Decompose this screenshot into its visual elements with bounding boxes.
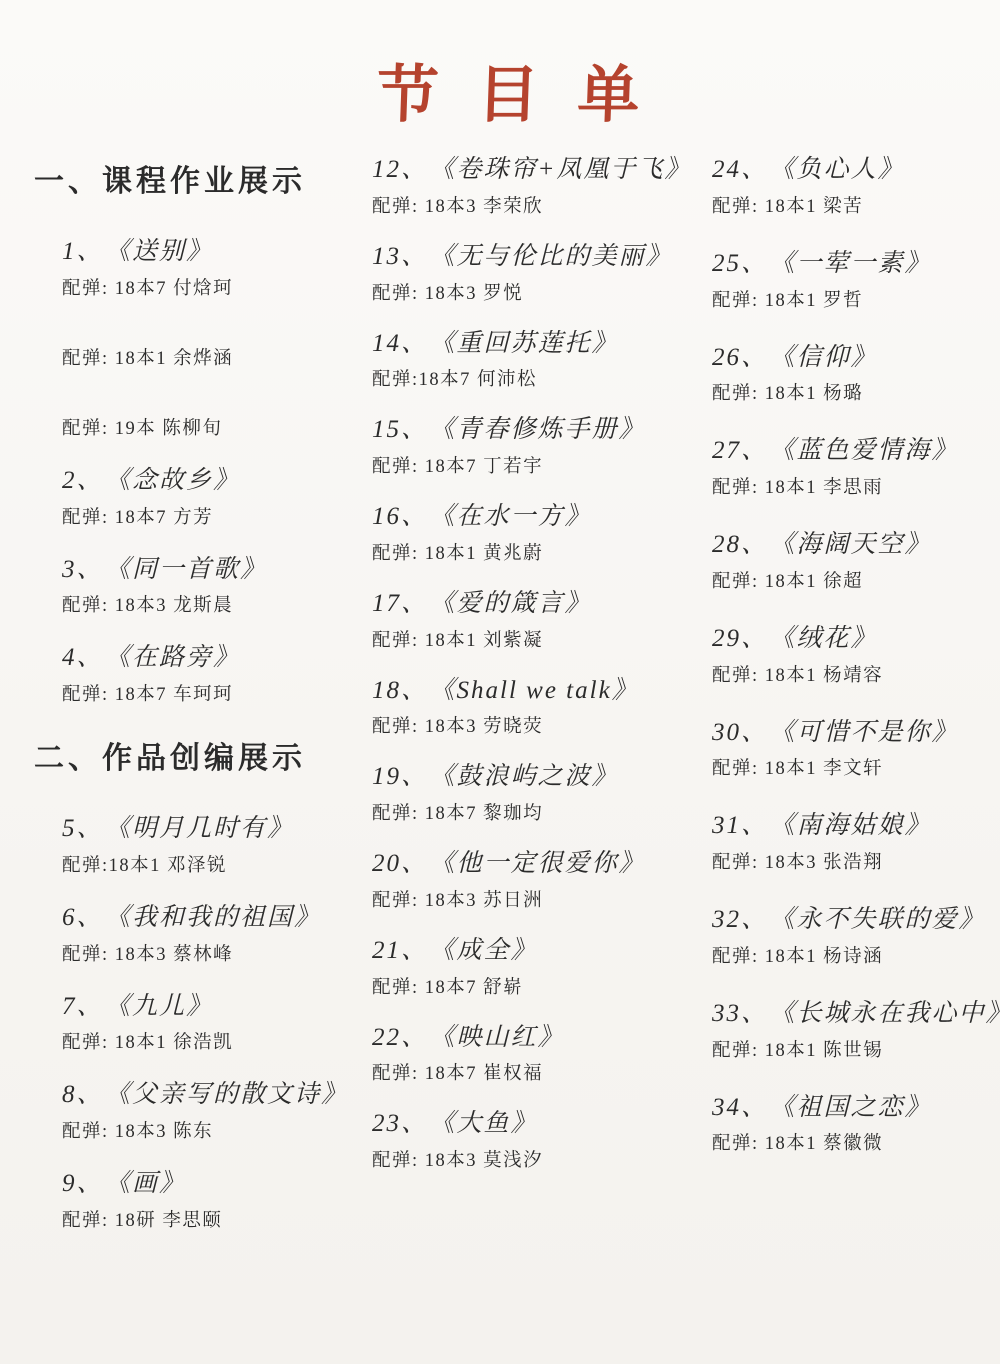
program-item-name: 《青春修炼手册》 (442, 416, 646, 443)
program-item-title-row: 22、《映山红》 (372, 1024, 700, 1053)
program-item-title-row: 13、《无与伦比的美丽》 (372, 243, 700, 272)
program-item: 19、《鼓浪屿之波》配弹: 18本7 黎珈均 (372, 763, 700, 825)
program-column-3: 24、《负心人》配弹: 18本1 梁苦25、《一荤一素》配弹: 18本1 罗哲2… (700, 156, 982, 1187)
program-item-number: 14、 (372, 330, 428, 357)
program-item-number: 7、 (62, 993, 104, 1020)
program-item-name: 《在水一方》 (442, 503, 592, 530)
program-item-title-row: 12、《卷珠帘+凤凰于飞》 (372, 156, 700, 185)
program-item-title-row: 15、《青春修炼手册》 (372, 416, 700, 445)
program-item-title-row: 24、《负心人》 (712, 156, 982, 185)
accompanist-line: 配弹: 18本7 崔权福 (372, 1059, 700, 1085)
program-item-title-row: 21、《成全》 (372, 937, 700, 966)
accompanist-line: 配弹: 18本1 梁苦 (712, 192, 982, 218)
program-item-title-row: 2、《念故乡》 (62, 467, 366, 496)
program-item: 22、《映山红》配弹: 18本7 崔权福 (372, 1024, 700, 1086)
program-item-number: 4、 (62, 644, 104, 671)
program-item-number: 22、 (372, 1024, 428, 1051)
program-column-1: 一、课程作业展示1、《送别》配弹: 18本7 付焓珂配弹: 18本1 余烨涵配弹… (34, 156, 366, 1259)
accompanist-line: 配弹: 18本7 舒崭 (372, 973, 700, 999)
program-columns: 一、课程作业展示1、《送别》配弹: 18本7 付焓珂配弹: 18本1 余烨涵配弹… (34, 156, 982, 1259)
program-item-title-row: 7、《九儿》 (62, 993, 366, 1022)
program-item: 8、《父亲写的散文诗》配弹: 18本3 陈东 (62, 1081, 366, 1143)
program-item-number: 1、 (62, 238, 104, 265)
program-item-number: 6、 (62, 904, 104, 931)
accompanist-line: 配弹: 18本3 蔡林峰 (62, 940, 366, 966)
program-item-number: 24、 (712, 156, 768, 183)
program-item-title-row: 16、《在水一方》 (372, 503, 700, 532)
program-item-title-row: 28、《海阔天空》 (712, 531, 982, 560)
accompanist-line: 配弹:18本1 邓泽锐 (62, 851, 366, 877)
accompanist-line: 配弹: 18本3 劳晓荧 (372, 712, 700, 738)
program-item-number: 33、 (712, 1000, 768, 1027)
program-item: 5、《明月几时有》配弹:18本1 邓泽锐 (62, 815, 366, 877)
program-item-title-row: 23、《大鱼》 (372, 1110, 700, 1139)
program-item-name: 《一荤一素》 (782, 250, 932, 277)
program-item-number: 18、 (372, 677, 428, 704)
program-item-name: 《爱的箴言》 (442, 590, 592, 617)
program-item-title-row: 14、《重回苏莲托》 (372, 330, 700, 359)
program-item-number: 23、 (372, 1110, 428, 1137)
program-item-name: 《长城永在我心中》 (782, 1000, 1000, 1027)
program-page: 节目单 一、课程作业展示1、《送别》配弹: 18本7 付焓珂配弹: 18本1 余… (0, 0, 1000, 1364)
program-item-title-row: 34、《祖国之恋》 (712, 1094, 982, 1123)
program-item: 25、《一荤一素》配弹: 18本1 罗哲 (712, 250, 982, 312)
program-item-title-row: 9、《画》 (62, 1170, 366, 1199)
program-item: 15、《青春修炼手册》配弹: 18本7 丁若宇 (372, 416, 700, 478)
program-item: 29、《绒花》配弹: 18本1 杨靖容 (712, 625, 982, 687)
program-item-name: 《蓝色爱情海》 (782, 437, 959, 464)
accompanist-line: 配弹: 18本1 杨璐 (712, 379, 982, 405)
program-item-number: 34、 (712, 1094, 768, 1121)
program-item: 23、《大鱼》配弹: 18本3 莫浅汐 (372, 1110, 700, 1172)
program-item-name: 《同一首歌》 (118, 556, 268, 583)
program-item-title-row: 31、《南海姑娘》 (712, 812, 982, 841)
program-item-title-row: 6、《我和我的祖国》 (62, 904, 366, 933)
accompanist-line: 配弹: 19本 陈柳旬 (62, 414, 366, 440)
program-item: 21、《成全》配弹: 18本7 舒崭 (372, 937, 700, 999)
program-item-name: 《祖国之恋》 (782, 1094, 932, 1121)
program-item-number: 21、 (372, 937, 428, 964)
program-item-name: 《送别》 (118, 238, 214, 265)
program-item-title-row: 25、《一荤一素》 (712, 250, 982, 279)
accompanist-line: 配弹: 18本1 罗哲 (712, 286, 982, 312)
program-item-name: 《我和我的祖国》 (118, 904, 322, 931)
program-item: 12、《卷珠帘+凤凰于飞》配弹: 18本3 李荣欣 (372, 156, 700, 218)
program-item-name: 《永不失联的爱》 (782, 906, 986, 933)
accompanist-line: 配弹: 18本1 杨靖容 (712, 661, 982, 687)
section-heading: 二、作品创编展示 (34, 733, 366, 777)
program-item-title-row: 18、《Shall we talk》 (372, 677, 700, 706)
program-item-name: 《卷珠帘+凤凰于飞》 (442, 156, 691, 183)
program-item: 14、《重回苏莲托》配弹:18本7 何沛松 (372, 330, 700, 392)
program-item-name: 《绒花》 (782, 625, 878, 652)
accompanist-line: 配弹: 18本1 刘紫凝 (372, 626, 700, 652)
accompanist-line: 配弹: 18本3 李荣欣 (372, 192, 700, 218)
program-item: 28、《海阔天空》配弹: 18本1 徐超 (712, 531, 982, 593)
program-item: 17、《爱的箴言》配弹: 18本1 刘紫凝 (372, 590, 700, 652)
program-item-number: 29、 (712, 625, 768, 652)
accompanist-line: 配弹: 18本3 张浩翔 (712, 848, 982, 874)
accompanist-line: 配弹:18本7 何沛松 (372, 365, 700, 391)
program-item-name: 《明月几时有》 (118, 815, 295, 842)
program-item-number: 16、 (372, 503, 428, 530)
program-item-title-row: 17、《爱的箴言》 (372, 590, 700, 619)
program-item-title-row: 29、《绒花》 (712, 625, 982, 654)
program-item-name: 《海阔天空》 (782, 531, 932, 558)
program-item-title-row: 3、《同一首歌》 (62, 556, 366, 585)
program-item-name: 《画》 (118, 1170, 187, 1197)
program-item-title-row: 32、《永不失联的爱》 (712, 906, 982, 935)
program-item: 4、《在路旁》配弹: 18本7 车珂珂 (62, 644, 366, 706)
program-item-number: 27、 (712, 437, 768, 464)
program-item-title-row: 20、《他一定很爱你》 (372, 850, 700, 879)
program-item-name: 《成全》 (442, 937, 538, 964)
accompanist-line: 配弹: 18本1 李文轩 (712, 754, 982, 780)
program-item-number: 15、 (372, 416, 428, 443)
program-item-title-row: 19、《鼓浪屿之波》 (372, 763, 700, 792)
program-item-number: 13、 (372, 243, 428, 270)
program-item-name: 《Shall we talk》 (442, 677, 639, 704)
program-item-number: 25、 (712, 250, 768, 277)
program-item-name: 《南海姑娘》 (782, 812, 932, 839)
program-item-title-row: 27、《蓝色爱情海》 (712, 437, 982, 466)
program-item-number: 32、 (712, 906, 768, 933)
accompanist-line: 配弹: 18本7 付焓珂 (62, 274, 366, 300)
accompanist-line: 配弹: 18本1 徐超 (712, 567, 982, 593)
program-item: 9、《画》配弹: 18研 李思颐 (62, 1170, 366, 1232)
program-item: 20、《他一定很爱你》配弹: 18本3 苏日洲 (372, 850, 700, 912)
program-item: 32、《永不失联的爱》配弹: 18本1 杨诗涵 (712, 906, 982, 968)
program-item-title-row: 1、《送别》 (62, 238, 366, 267)
program-item-name: 《在路旁》 (118, 644, 241, 671)
program-item-title-row: 33、《长城永在我心中》 (712, 1000, 982, 1029)
program-item-name: 《负心人》 (782, 156, 905, 183)
accompanist-line: 配弹: 18本1 黄兆蔚 (372, 539, 700, 565)
accompanist-line: 配弹: 18本7 丁若宇 (372, 452, 700, 478)
program-item: 13、《无与伦比的美丽》配弹: 18本3 罗悦 (372, 243, 700, 305)
program-item-number: 17、 (372, 590, 428, 617)
accompanist-line: 配弹: 18本3 苏日洲 (372, 886, 700, 912)
accompanist-line: 配弹: 18本1 余烨涵 (62, 344, 366, 370)
accompanist-line: 配弹: 18本1 蔡徽微 (712, 1129, 982, 1155)
accompanist-line: 配弹: 18本3 龙斯晨 (62, 591, 366, 617)
section-heading: 一、课程作业展示 (34, 156, 366, 200)
program-item-title-row: 4、《在路旁》 (62, 644, 366, 673)
program-item-name: 《大鱼》 (442, 1110, 538, 1137)
program-item-number: 8、 (62, 1081, 104, 1108)
program-item-number: 30、 (712, 719, 768, 746)
accompanist-line: 配弹: 18本7 黎珈均 (372, 799, 700, 825)
program-item: 16、《在水一方》配弹: 18本1 黄兆蔚 (372, 503, 700, 565)
program-item-name: 《映山红》 (442, 1024, 565, 1051)
program-item-title-row: 5、《明月几时有》 (62, 815, 366, 844)
program-item: 7、《九儿》配弹: 18本1 徐浩凯 (62, 993, 366, 1055)
program-item-number: 26、 (712, 344, 768, 371)
program-item-number: 31、 (712, 812, 768, 839)
program-item-name: 《鼓浪屿之波》 (442, 763, 619, 790)
program-item-number: 28、 (712, 531, 768, 558)
program-item-number: 2、 (62, 467, 104, 494)
program-item: 33、《长城永在我心中》配弹: 18本1 陈世锡 (712, 1000, 982, 1062)
program-item-number: 19、 (372, 763, 428, 790)
page-title: 节目单 (33, 62, 983, 130)
program-item: 2、《念故乡》配弹: 18本7 方芳 (62, 467, 366, 529)
program-item-name: 《可惜不是你》 (782, 719, 959, 746)
accompanist-line: 配弹: 18本7 车珂珂 (62, 680, 366, 706)
accompanist-line: 配弹: 18本3 罗悦 (372, 279, 700, 305)
program-item: 34、《祖国之恋》配弹: 18本1 蔡徽微 (712, 1094, 982, 1156)
accompanist-line: 配弹: 18本3 莫浅汐 (372, 1146, 700, 1172)
accompanist-line: 配弹: 18本1 李思雨 (712, 473, 982, 499)
accompanist-line: 配弹: 18研 李思颐 (62, 1206, 366, 1232)
program-item-name: 《九儿》 (118, 993, 214, 1020)
program-item-title-row: 30、《可惜不是你》 (712, 719, 982, 748)
program-item-title-row: 8、《父亲写的散文诗》 (62, 1081, 366, 1110)
program-item: 27、《蓝色爱情海》配弹: 18本1 李思雨 (712, 437, 982, 499)
program-item: 6、《我和我的祖国》配弹: 18本3 蔡林峰 (62, 904, 366, 966)
program-item-name: 《重回苏莲托》 (442, 330, 619, 357)
program-item-number: 3、 (62, 556, 104, 583)
program-item: 24、《负心人》配弹: 18本1 梁苦 (712, 156, 982, 218)
program-item-number: 9、 (62, 1170, 104, 1197)
program-item-title-row: 26、《信仰》 (712, 344, 982, 373)
program-item: 30、《可惜不是你》配弹: 18本1 李文轩 (712, 719, 982, 781)
program-item: 31、《南海姑娘》配弹: 18本3 张浩翔 (712, 812, 982, 874)
program-item: 26、《信仰》配弹: 18本1 杨璐 (712, 344, 982, 406)
program-item-name: 《父亲写的散文诗》 (118, 1081, 349, 1108)
program-item: 1、《送别》配弹: 18本7 付焓珂配弹: 18本1 余烨涵配弹: 19本 陈柳… (62, 238, 366, 440)
program-item-name: 《念故乡》 (118, 467, 241, 494)
accompanist-line: 配弹: 18本1 陈世锡 (712, 1036, 982, 1062)
accompanist-line: 配弹: 18本3 陈东 (62, 1117, 366, 1143)
program-item-number: 12、 (372, 156, 428, 183)
accompanist-line: 配弹: 18本7 方芳 (62, 503, 366, 529)
program-column-2: 12、《卷珠帘+凤凰于飞》配弹: 18本3 李荣欣13、《无与伦比的美丽》配弹:… (366, 156, 700, 1197)
accompanist-line: 配弹: 18本1 杨诗涵 (712, 942, 982, 968)
program-item: 18、《Shall we talk》配弹: 18本3 劳晓荧 (372, 677, 700, 739)
program-item-number: 5、 (62, 815, 104, 842)
accompanist-line: 配弹: 18本1 徐浩凯 (62, 1028, 366, 1054)
program-item: 3、《同一首歌》配弹: 18本3 龙斯晨 (62, 556, 366, 618)
program-item-name: 《信仰》 (782, 344, 878, 371)
program-item-number: 20、 (372, 850, 428, 877)
program-item-name: 《无与伦比的美丽》 (442, 243, 673, 270)
program-item-name: 《他一定很爱你》 (442, 850, 646, 877)
